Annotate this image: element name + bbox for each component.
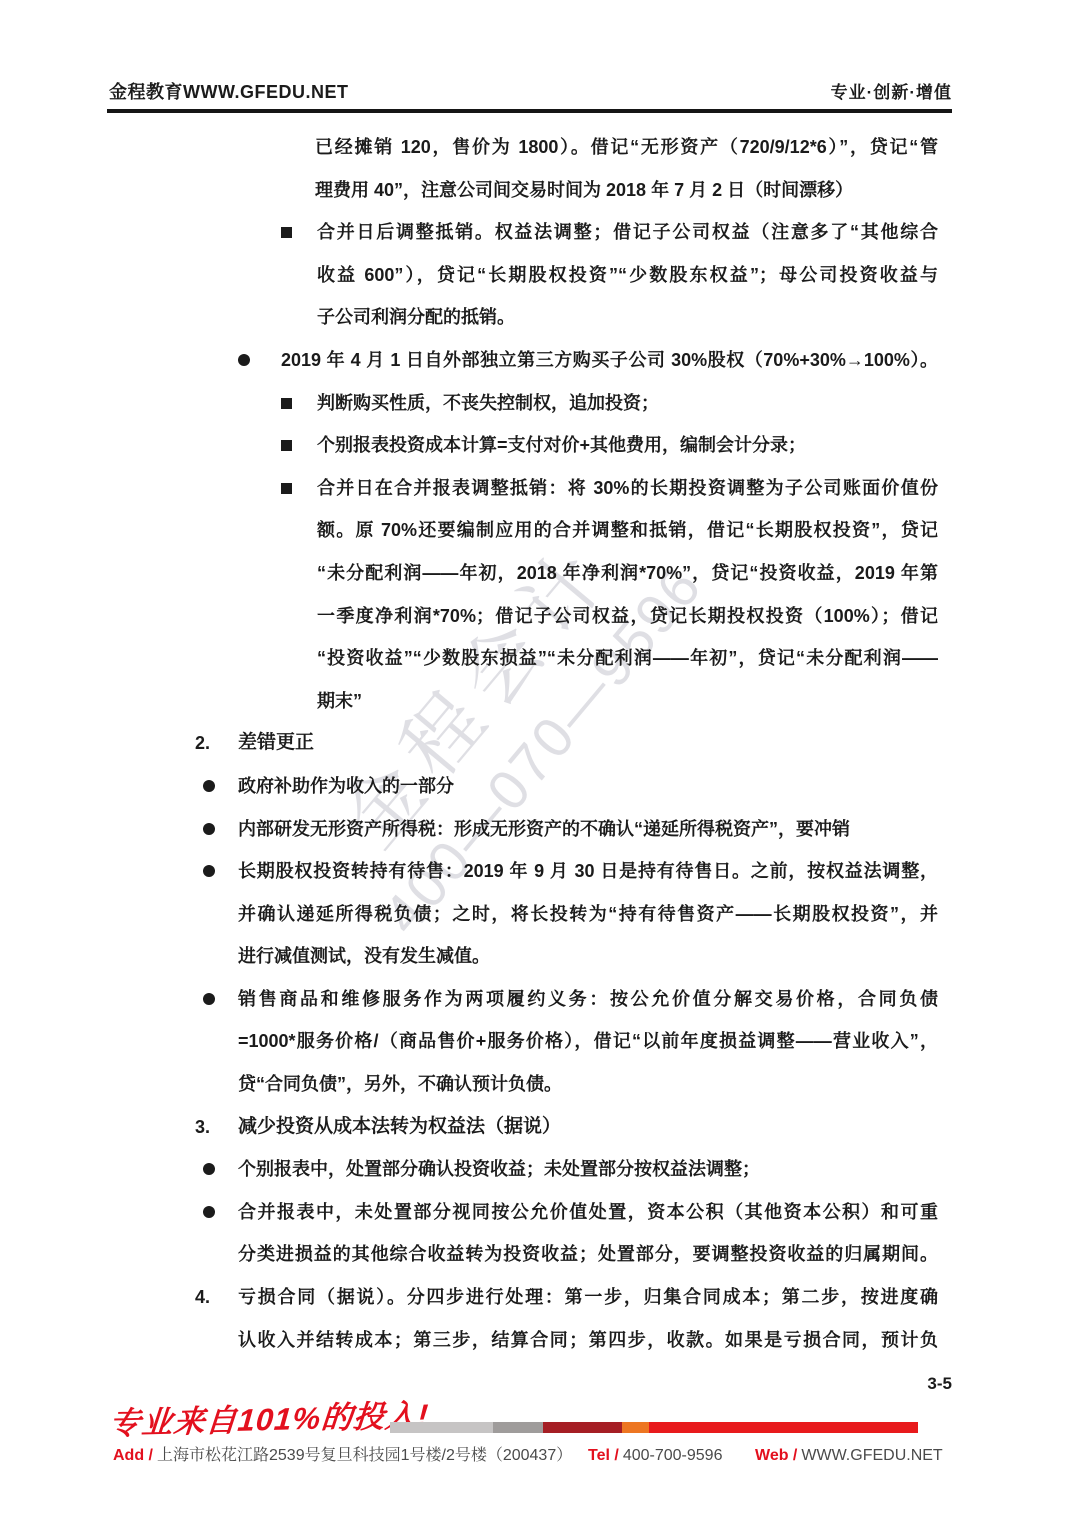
- header-rule: [107, 109, 952, 113]
- body-text: 亏损合同（据说）。分四步进行处理：第一步，归集合同成本；第二步，按进度确: [238, 1276, 938, 1319]
- page-header: 金程教育WWW.GFEDU.NET 专业·创新·增值: [107, 78, 952, 114]
- body-line: 合并报表中，未处置部分视同按公允价值处置，资本公积（其他资本公积）和可重: [0, 1191, 1080, 1234]
- section-heading: 差错更正: [238, 722, 938, 765]
- body-line: 销售商品和维修服务作为两项履约义务：按公允价值分解交易价格，合同负债: [0, 978, 1080, 1021]
- bold-lead-text: 亏损合同（据说）。: [238, 1287, 407, 1307]
- body-text: 已经摊销 120，售价为 1800）。借记“无形资产（720/9/12*6）”，…: [315, 126, 938, 169]
- body-text: “未分配利润——年初，2018 年净利润*70%”，贷记“投资收益，2019 年…: [317, 552, 938, 595]
- body-text: 合并日后调整抵销。权益法调整；借记子公司权益（注意多了“其他综合: [317, 211, 938, 254]
- body-text: 分类进损益的其他综合收益转为投资收益；处置部分，要调整投资收益的归属期间。: [238, 1233, 938, 1276]
- body-text: 贷“合同负债”，另外，不确认预计负债。: [238, 1063, 938, 1106]
- body-text: 进行减值测试，没有发生减值。: [238, 935, 938, 978]
- list-number: 2.: [195, 722, 210, 765]
- bold-lead-text: 合并日后调整抵销。: [317, 222, 495, 242]
- body-text: 合并报表中，未处置部分视同按公允价值处置，资本公积（其他资本公积）和可重: [238, 1191, 938, 1234]
- body-line: 个别报表投资成本计算=支付对价+其他费用，编制会计分录；: [0, 424, 1080, 467]
- body-line: 已经摊销 120，售价为 1800）。借记“无形资产（720/9/12*6）”，…: [0, 126, 1080, 169]
- body-line: 进行减值测试，没有发生减值。: [0, 935, 1080, 978]
- body-line: 2019 年 4 月 1 日自外部独立第三方购买子公司 30%股权（70%+30…: [0, 339, 1080, 382]
- section-heading: 减少投资从成本法转为权益法（据说）: [238, 1106, 938, 1149]
- body-text: 收益 600”），贷记“长期股权投资”“少数股东权益”；母公司投资收益与: [317, 254, 938, 297]
- body-text: 并确认递延所得税负债；之时，将长投转为“持有待售资产——长期股权投资”，并: [238, 893, 938, 936]
- footer-slogan: 专业来自101%的投入!: [108, 1390, 431, 1443]
- body-line: 合并日后调整抵销。权益法调整；借记子公司权益（注意多了“其他综合: [0, 211, 1080, 254]
- brand-tagline: 专业·创新·增值: [831, 78, 952, 103]
- contact-item: Add /上海市松花江路2539号复旦科技园1号楼/2号楼（200437）: [113, 1444, 572, 1468]
- contact-label: Tel /: [588, 1447, 619, 1464]
- bold-lead-text: 长期股权投资转持有待售：: [238, 861, 464, 881]
- bold-lead-text: 内部研发无形资产所得税：: [238, 819, 454, 839]
- list-number: 3.: [195, 1106, 210, 1149]
- contact-value: 400-700-9596: [623, 1447, 723, 1464]
- list-number: 4.: [195, 1276, 210, 1319]
- footer-contacts: Add /上海市松花江路2539号复旦科技园1号楼/2号楼（200437）Tel…: [0, 1444, 1080, 1468]
- body-line: 合并日在合并报表调整抵销：将 30%的长期投资调整为子公司账面价值份: [0, 467, 1080, 510]
- bullet-circle-icon: [238, 354, 250, 366]
- bar-segment: [543, 1422, 622, 1433]
- body-text: 判断购买性质，不丧失控制权，追加投资；: [317, 382, 938, 425]
- body-line: 收益 600”），贷记“长期股权投资”“少数股东权益”；母公司投资收益与: [0, 254, 1080, 297]
- bullet-square-icon: [281, 227, 292, 238]
- body-line: 个别报表中，处置部分确认投资收益；未处置部分按权益法调整；: [0, 1148, 1080, 1191]
- body-text: 个别报表中，处置部分确认投资收益；未处置部分按权益法调整；: [238, 1148, 938, 1191]
- document-body: 已经摊销 120，售价为 1800）。借记“无形资产（720/9/12*6）”，…: [0, 126, 1080, 1361]
- document-page: { "accent_red": "#e3101e", "header": { "…: [0, 0, 1080, 1537]
- page-number: 3-5: [927, 1374, 952, 1394]
- body-text: 子公司利润分配的抵销。: [317, 296, 938, 339]
- body-line: 额。原 70%还要编制应用的合并调整和抵销，借记“长期股权投资”，贷记: [0, 509, 1080, 552]
- bullet-square-icon: [281, 483, 292, 494]
- bullet-circle-icon: [203, 993, 215, 1005]
- bullet-circle-icon: [203, 865, 215, 877]
- body-text: =1000*服务价格/（商品售价+服务价格），借记“以前年度损益调整——营业收入…: [238, 1020, 938, 1063]
- bar-segment: [649, 1422, 918, 1433]
- body-line: =1000*服务价格/（商品售价+服务价格），借记“以前年度损益调整——营业收入…: [0, 1020, 1080, 1063]
- body-line: 长期股权投资转持有待售：2019 年 9 月 30 日是持有待售日。之前，按权益…: [0, 850, 1080, 893]
- body-text: 额。原 70%还要编制应用的合并调整和抵销，借记“长期股权投资”，贷记: [317, 509, 938, 552]
- body-line: 判断购买性质，不丧失控制权，追加投资；: [0, 382, 1080, 425]
- body-text: 一季度净利润*70%；借记子公司权益，贷记长期投权投资（100%）；借记: [317, 595, 938, 638]
- body-line: 贷“合同负债”，另外，不确认预计负债。: [0, 1063, 1080, 1106]
- body-line: 分类进损益的其他综合收益转为投资收益；处置部分，要调整投资收益的归属期间。: [0, 1233, 1080, 1276]
- body-text: 政府补助作为收入的一部分: [238, 765, 938, 808]
- bullet-circle-icon: [203, 1206, 215, 1218]
- bar-segment: [390, 1422, 493, 1433]
- footer-color-bar: [390, 1422, 918, 1433]
- body-line: 子公司利润分配的抵销。: [0, 296, 1080, 339]
- contact-item: Tel /400-700-9596: [588, 1444, 722, 1468]
- body-text: 内部研发无形资产所得税：形成无形资产的不确认“递延所得税资产”，要冲销: [238, 808, 938, 851]
- body-line: 内部研发无形资产所得税：形成无形资产的不确认“递延所得税资产”，要冲销: [0, 808, 1080, 851]
- body-line: 4.亏损合同（据说）。分四步进行处理：第一步，归集合同成本；第二步，按进度确: [0, 1276, 1080, 1319]
- contact-label: Add /: [113, 1447, 153, 1464]
- bold-lead-text: 销售商品和维修服务作为两项履约义务：: [238, 989, 610, 1009]
- body-text: 2019 年 4 月 1 日自外部独立第三方购买子公司 30%股权（70%+30…: [281, 339, 938, 382]
- body-text: 认收入并结转成本；第三步，结算合同；第四步，收款。如果是亏损合同，预计负: [238, 1319, 938, 1362]
- bullet-circle-icon: [203, 780, 215, 792]
- bullet-square-icon: [281, 440, 292, 451]
- body-text: 销售商品和维修服务作为两项履约义务：按公允价值分解交易价格，合同负债: [238, 978, 938, 1021]
- body-line: 政府补助作为收入的一部分: [0, 765, 1080, 808]
- bullet-square-icon: [281, 398, 292, 409]
- brand-title: 金程教育WWW.GFEDU.NET: [109, 78, 348, 104]
- body-line: 3.减少投资从成本法转为权益法（据说）: [0, 1106, 1080, 1149]
- body-line: 期末”: [0, 680, 1080, 723]
- body-text: “投资收益”“少数股东损益”“未分配利润——年初”，贷记“未分配利润——: [317, 637, 938, 680]
- body-text: 合并日在合并报表调整抵销：将 30%的长期投资调整为子公司账面价值份: [317, 467, 938, 510]
- bar-segment: [493, 1422, 543, 1433]
- bold-lead-text: 合并日在合并报表调整抵销：: [317, 478, 568, 498]
- body-line: 认收入并结转成本；第三步，结算合同；第四步，收款。如果是亏损合同，预计负: [0, 1319, 1080, 1362]
- contact-value: WWW.GFEDU.NET: [801, 1447, 942, 1464]
- body-text: 理费用 40”，注意公司间交易时间为 2018 年 7 月 2 日（时间漂移）: [315, 169, 938, 212]
- bullet-circle-icon: [203, 1163, 215, 1175]
- body-text: 期末”: [317, 680, 938, 723]
- bullet-circle-icon: [203, 823, 215, 835]
- body-line: “未分配利润——年初，2018 年净利润*70%”，贷记“投资收益，2019 年…: [0, 552, 1080, 595]
- body-line: 一季度净利润*70%；借记子公司权益，贷记长期投权投资（100%）；借记: [0, 595, 1080, 638]
- bar-segment: [622, 1422, 649, 1433]
- body-line: 并确认递延所得税负债；之时，将长投转为“持有待售资产——长期股权投资”，并: [0, 893, 1080, 936]
- contact-label: Web /: [755, 1447, 797, 1464]
- body-text: 长期股权投资转持有待售：2019 年 9 月 30 日是持有待售日。之前，按权益…: [238, 850, 938, 893]
- body-line: “投资收益”“少数股东损益”“未分配利润——年初”，贷记“未分配利润——: [0, 637, 1080, 680]
- body-line: 2.差错更正: [0, 722, 1080, 765]
- contact-item: Web /WWW.GFEDU.NET: [755, 1444, 943, 1468]
- body-text: 个别报表投资成本计算=支付对价+其他费用，编制会计分录；: [317, 424, 938, 467]
- body-line: 理费用 40”，注意公司间交易时间为 2018 年 7 月 2 日（时间漂移）: [0, 169, 1080, 212]
- contact-value: 上海市松花江路2539号复旦科技园1号楼/2号楼（200437）: [157, 1447, 572, 1464]
